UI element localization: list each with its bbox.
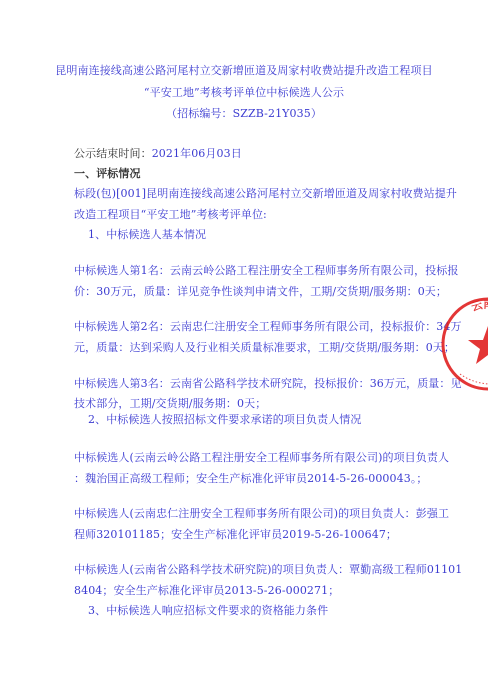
title-line-2: “平安工地”考核考评单位中标候选人公示: [0, 86, 488, 100]
manager-2-line-1: 中标候选人(云南忠仁注册安全工程师事务所有限公司)的项目负责人：彭强工: [74, 507, 449, 521]
manager-3-line-2: 8404；安全生产标准化评审员2013-5-26-000271；: [74, 584, 339, 598]
publicity-end: 公示结束时间：2021年06月03日: [74, 147, 242, 161]
manager-1-line-2: ：魏治国正高级工程师；安全生产标准化评审员2014-5-26-000043。；: [74, 472, 428, 486]
candidate-2-line-2: 元，质量：达到采购人及行业相关质量标准要求，工期/交货期/服务期：0天；: [74, 341, 455, 355]
subsection-1-heading: 1、中标候选人基本情况: [88, 228, 206, 242]
candidate-3-line-2: 技术部分，工期/交货期/服务期：0天；: [74, 397, 266, 411]
manager-1-line-1: 中标候选人(云南云岭公路工程注册安全工程师事务所有限公司)的项目负责人: [74, 451, 449, 465]
manager-2-line-2: 程师320101185；安全生产标准化评审员2019-5-26-100647；: [74, 528, 397, 542]
candidate-1-line-2: 价：30万元，质量：详见竞争性谈判申请文件，工期/交货期/服务期：0天；: [74, 285, 447, 299]
subsection-2-heading: 2、中标候选人按照招标文件要求承诺的项目负责人情况: [88, 413, 362, 427]
lot-line-2: 改造工程项目“平安工地”考核考评单位:: [74, 208, 267, 222]
lot-line-1: 标段(包)[001]昆明南连接线高速公路河尾村立交新增匝道及周家村收费站提升: [74, 187, 457, 201]
publicity-end-date: 2021年06月03日: [152, 147, 242, 160]
bid-number: （招标编号：SZZB-21Y035）: [0, 107, 488, 121]
manager-3-line-1: 中标候选人(云南省公路科学技术研究院)的项目负责人：覃勤高级工程师01101: [74, 563, 462, 577]
official-seal-icon: 云南山重建设工程: [440, 296, 488, 392]
section-heading: 一、评标情况: [74, 167, 141, 181]
subsection-3-heading: 3、中标候选人响应招标文件要求的资格能力条件: [88, 604, 328, 618]
candidate-2-line-1: 中标候选人第2名：云南忠仁注册安全工程师事务所有限公司，投标报价：34万: [74, 320, 462, 334]
title-line-1: 昆明南连接线高速公路河尾村立交新增匝道及周家村收费站提升改造工程项目: [0, 64, 488, 78]
document-page: 昆明南连接线高速公路河尾村立交新增匝道及周家村收费站提升改造工程项目 “平安工地…: [0, 0, 488, 690]
candidate-3-line-1: 中标候选人第3名：云南省公路科学技术研究院，投标报价：36万元，质量：见: [74, 377, 462, 391]
candidate-1-line-1: 中标候选人第1名：云南云岭公路工程注册安全工程师事务所有限公司，投标报: [74, 264, 459, 278]
publicity-end-label: 公示结束时间：: [74, 147, 152, 160]
